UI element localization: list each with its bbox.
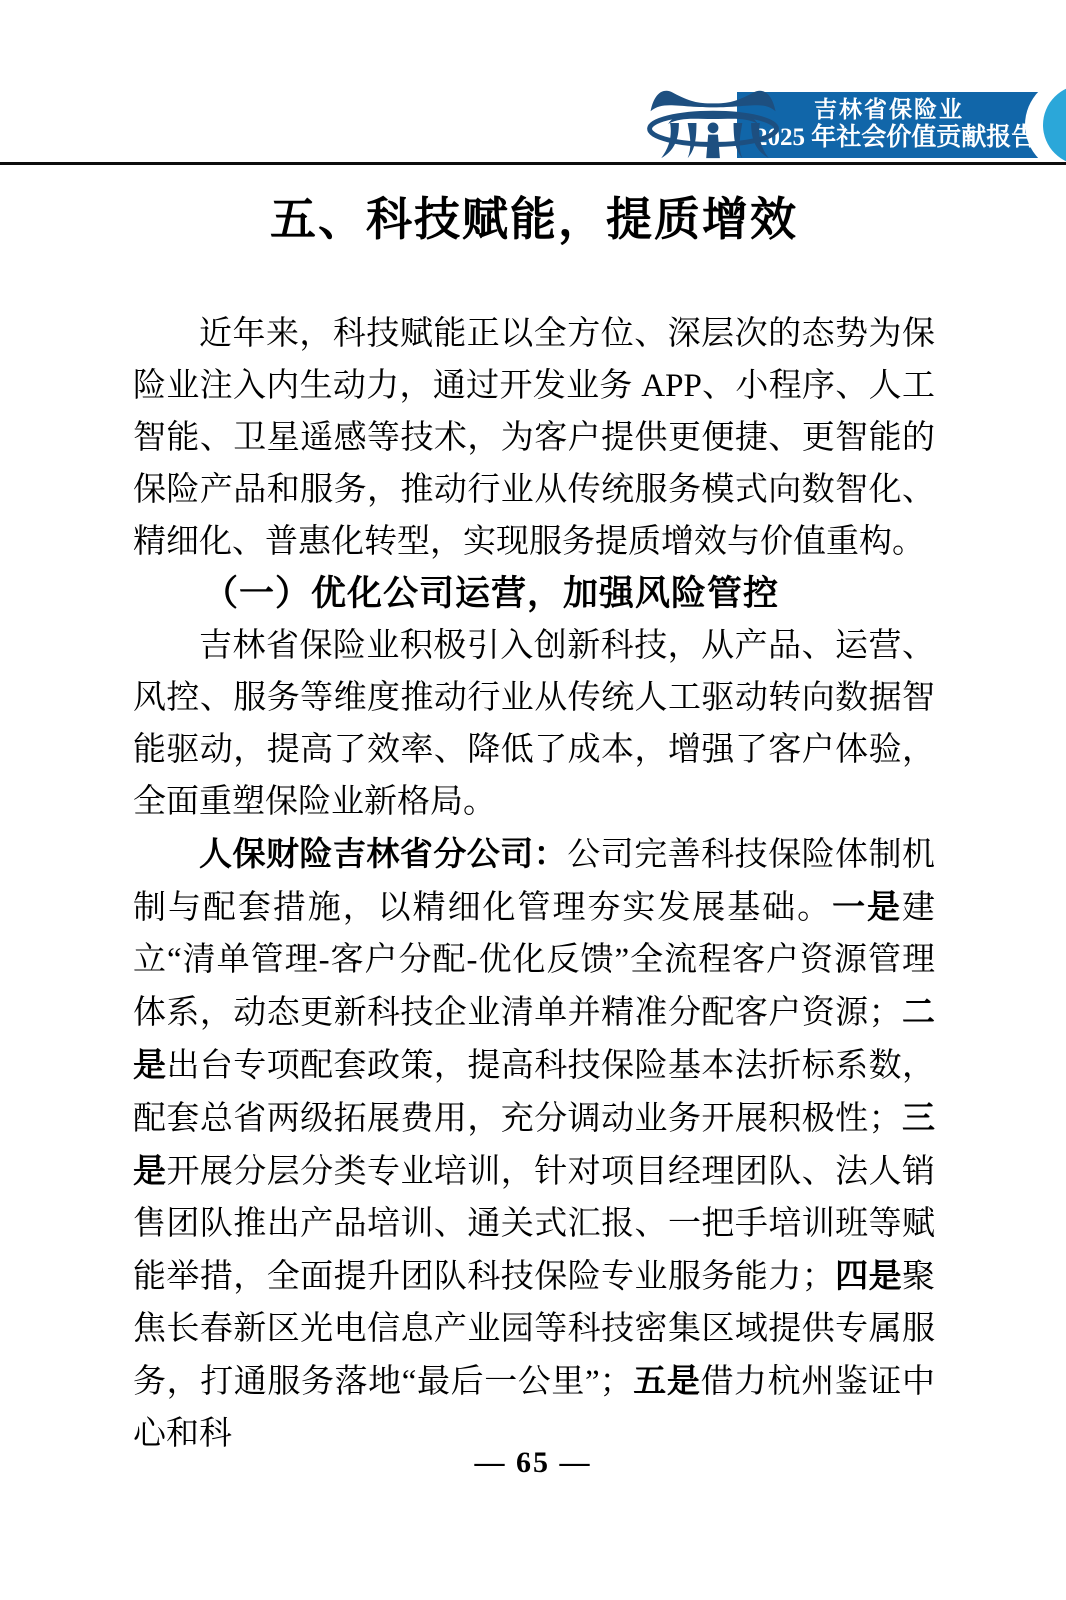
- section-heading-1: （一）优化公司运营，加强风险管控: [133, 568, 935, 620]
- text-run: 开展分层分类专业培训，针对项目经理团队、法人销售团队推出产品培训、通关式汇报、一…: [133, 1154, 935, 1295]
- header-banner-text: 吉林省保险业 2025 年社会价值贡献报告: [755, 96, 1023, 153]
- page-title: 五、科技赋能，提质增效: [133, 190, 935, 250]
- banner-title-line2: 2025 年社会价值贡献报告: [755, 123, 1023, 153]
- paifang-gate-logo-icon: [645, 80, 785, 162]
- emphasis-point-5: 五是: [633, 1362, 701, 1399]
- paragraph-intro: 近年来，科技赋能正以全方位、深层次的态势为保险业注入内生动力，通过开发业务 AP…: [133, 308, 935, 568]
- header-divider-rule: [0, 162, 1066, 165]
- paragraph-section1: 吉林省保险业积极引入创新科技，从产品、运营、风控、服务等维度推动行业从传统人工驱…: [133, 620, 935, 828]
- text-run: 出台专项配套政策，提高科技保险基本法折标系数，配套总省两级拓展费用，充分调动业务…: [133, 1048, 935, 1137]
- page-number: — 65 —: [0, 1446, 1066, 1480]
- banner-title-line1: 吉林省保险业: [755, 96, 1023, 123]
- emphasis-point-4: 四是: [835, 1257, 902, 1294]
- emphasis-point-1: 一是: [832, 888, 902, 925]
- document-body: 五、科技赋能，提质增效 近年来，科技赋能正以全方位、深层次的态势为保险业注入内生…: [133, 190, 935, 1460]
- paragraph-picc-company: 人保财险吉林省分公司：公司完善科技保险体制机制与配套措施，以精细化管理夯实发展基…: [133, 828, 935, 1460]
- emphasis-company-name: 人保财险吉林省分公司：: [199, 835, 567, 872]
- report-page: 吉林省保险业 2025 年社会价值贡献报告 五、科技赋能，提质增效 近年来，科技…: [0, 0, 1066, 1600]
